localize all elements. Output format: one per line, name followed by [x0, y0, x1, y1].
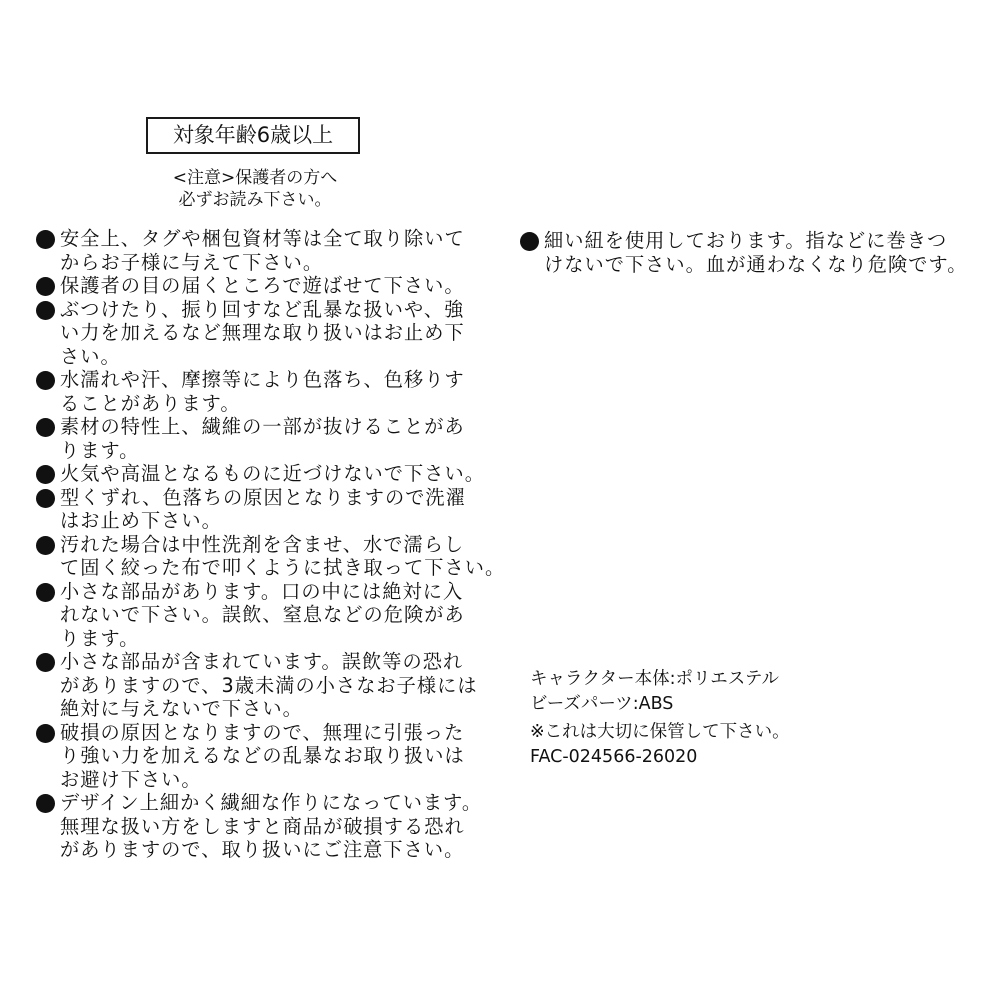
warning-text-line: 小さな部品が含まれています。誤飲等の恐れ [60, 650, 506, 674]
warning-text-line: けないで下さい。血が通わなくなり危険です。 [544, 253, 990, 277]
parent-notice-heading: <注意>保護者の方へ 必ずお読み下さい。 [140, 167, 370, 211]
warning-item: 水濡れや汗、摩擦等により色落ち、色移りすることがあります。 [36, 368, 506, 415]
bullet-icon [36, 371, 55, 390]
warning-text-line: 火気や高温となるものに近づけないで下さい。 [60, 462, 506, 486]
warning-text-line: 素材の特性上、繊維の一部が抜けることがあ [60, 415, 506, 439]
warning-item: 素材の特性上、繊維の一部が抜けることがあります。 [36, 415, 506, 462]
warning-text-line: ります。 [60, 627, 506, 651]
product-code: FAC-024566-26020 [530, 745, 850, 770]
warning-item: 小さな部品が含まれています。誤飲等の恐れがありますので、3歳未満の小さなお子様に… [36, 650, 506, 721]
warning-text-line: 安全上、タグや梱包資材等は全て取り除いて [60, 227, 506, 251]
warning-text-line: ぶつけたり、振り回すなど乱暴な扱いや、強 [60, 298, 506, 322]
warning-text-line: 細い紐を使用しております。指などに巻きつ [544, 229, 990, 253]
warning-text-line: い力を加えるなど無理な取り扱いはお止め下 [60, 321, 506, 345]
bullet-icon [520, 232, 539, 251]
warning-text-line: 汚れた場合は中性洗剤を含ませ、水で濡らし [60, 533, 506, 557]
warning-item: 破損の原因となりますので、無理に引張ったり強い力を加えるなどの乱暴なお取り扱いは… [36, 721, 506, 792]
bullet-icon [36, 465, 55, 484]
bullet-icon [36, 277, 55, 296]
warning-item: 火気や高温となるものに近づけないで下さい。 [36, 462, 506, 486]
bullet-icon [36, 583, 55, 602]
bullet-icon [36, 724, 55, 743]
bullet-icon [36, 230, 55, 249]
warning-text-line: さい。 [60, 345, 506, 369]
warning-text-line: れないで下さい。誤飲、窒息などの危険があ [60, 603, 506, 627]
warning-item: 保護者の目の届くところで遊ばせて下さい。 [36, 274, 506, 298]
age-rating-box: 対象年齢6歳以上 [146, 117, 360, 154]
bullet-icon [36, 536, 55, 555]
warning-item: 小さな部品があります。口の中には絶対に入れないで下さい。誤飲、窒息などの危険があ… [36, 580, 506, 651]
warning-item: 型くずれ、色落ちの原因となりますので洗濯はお止め下さい。 [36, 486, 506, 533]
warnings-right-column: 細い紐を使用しております。指などに巻きつけないで下さい。血が通わなくなり危険です… [520, 229, 990, 276]
warning-text-line: がありますので、取り扱いにご注意下さい。 [60, 838, 506, 862]
material-body: キャラクター本体:ポリエステル [530, 667, 850, 692]
material-beads: ビーズパーツ:ABS [530, 692, 850, 717]
bullet-icon [36, 418, 55, 437]
notice-line-2: 必ずお読み下さい。 [140, 189, 370, 211]
bullet-icon [36, 301, 55, 320]
warning-item: ぶつけたり、振り回すなど乱暴な扱いや、強い力を加えるなど無理な取り扱いはお止め下… [36, 298, 506, 369]
materials-info: キャラクター本体:ポリエステル ビーズパーツ:ABS ※これは大切に保管して下さ… [530, 667, 850, 770]
warning-text-line: 破損の原因となりますので、無理に引張った [60, 721, 506, 745]
bullet-icon [36, 653, 55, 672]
warning-item: 汚れた場合は中性洗剤を含ませ、水で濡らして固く絞った布で叩くように拭き取って下さ… [36, 533, 506, 580]
warning-text-line: り強い力を加えるなどの乱暴なお取り扱いは [60, 744, 506, 768]
warning-text-line: 型くずれ、色落ちの原因となりますので洗濯 [60, 486, 506, 510]
warning-text-line: 小さな部品があります。口の中には絶対に入 [60, 580, 506, 604]
warnings-left-column: 安全上、タグや梱包資材等は全て取り除いてからお子様に与えて下さい。保護者の目の届… [36, 227, 506, 862]
warning-text-line: デザイン上細かく繊細な作りになっています。 [60, 791, 506, 815]
notice-line-1: <注意>保護者の方へ [140, 167, 370, 189]
warning-text-line: 水濡れや汗、摩擦等により色落ち、色移りす [60, 368, 506, 392]
warning-text-line: お避け下さい。 [60, 768, 506, 792]
warning-item: 細い紐を使用しております。指などに巻きつけないで下さい。血が通わなくなり危険です… [520, 229, 990, 276]
warning-text-line: からお子様に与えて下さい。 [60, 251, 506, 275]
bullet-icon [36, 794, 55, 813]
warning-text-line: ることがあります。 [60, 392, 506, 416]
warning-text-line: 無理な扱い方をしますと商品が破損する恐れ [60, 815, 506, 839]
warning-text-line: がありますので、3歳未満の小さなお子様には [60, 674, 506, 698]
warning-text-line: 保護者の目の届くところで遊ばせて下さい。 [60, 274, 506, 298]
warning-item: 安全上、タグや梱包資材等は全て取り除いてからお子様に与えて下さい。 [36, 227, 506, 274]
bullet-icon [36, 489, 55, 508]
keep-note: ※これは大切に保管して下さい。 [530, 720, 850, 745]
warning-text-line: はお止め下さい。 [60, 509, 506, 533]
warning-item: デザイン上細かく繊細な作りになっています。無理な扱い方をしますと商品が破損する恐… [36, 791, 506, 862]
age-rating-label: 対象年齢6歳以上 [173, 125, 333, 146]
warning-text-line: ります。 [60, 439, 506, 463]
warning-text-line: 絶対に与えないで下さい。 [60, 697, 506, 721]
warning-text-line: て固く絞った布で叩くように拭き取って下さい。 [60, 556, 506, 580]
